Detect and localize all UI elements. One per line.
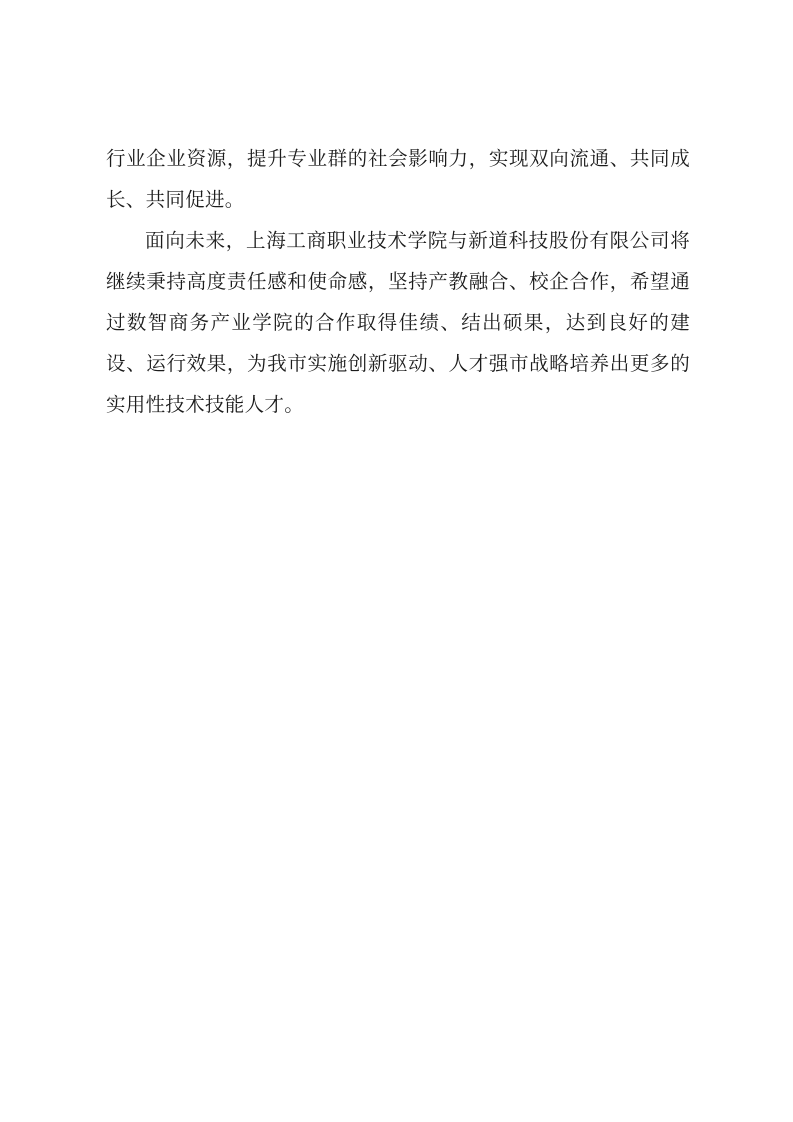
- document-body: 行业企业资源，提升专业群的社会影响力，实现双向流通、共同成长、共同促进。 面向未…: [106, 139, 690, 426]
- paragraph-continuation: 行业企业资源，提升专业群的社会影响力，实现双向流通、共同成长、共同促进。: [106, 139, 690, 221]
- paragraph-closing: 面向未来，上海工商职业技术学院与新道科技股份有限公司将继续秉持高度责任感和使命感…: [106, 221, 690, 426]
- document-page: 行业企业资源，提升专业群的社会影响力，实现双向流通、共同成长、共同促进。 面向未…: [0, 0, 793, 1122]
